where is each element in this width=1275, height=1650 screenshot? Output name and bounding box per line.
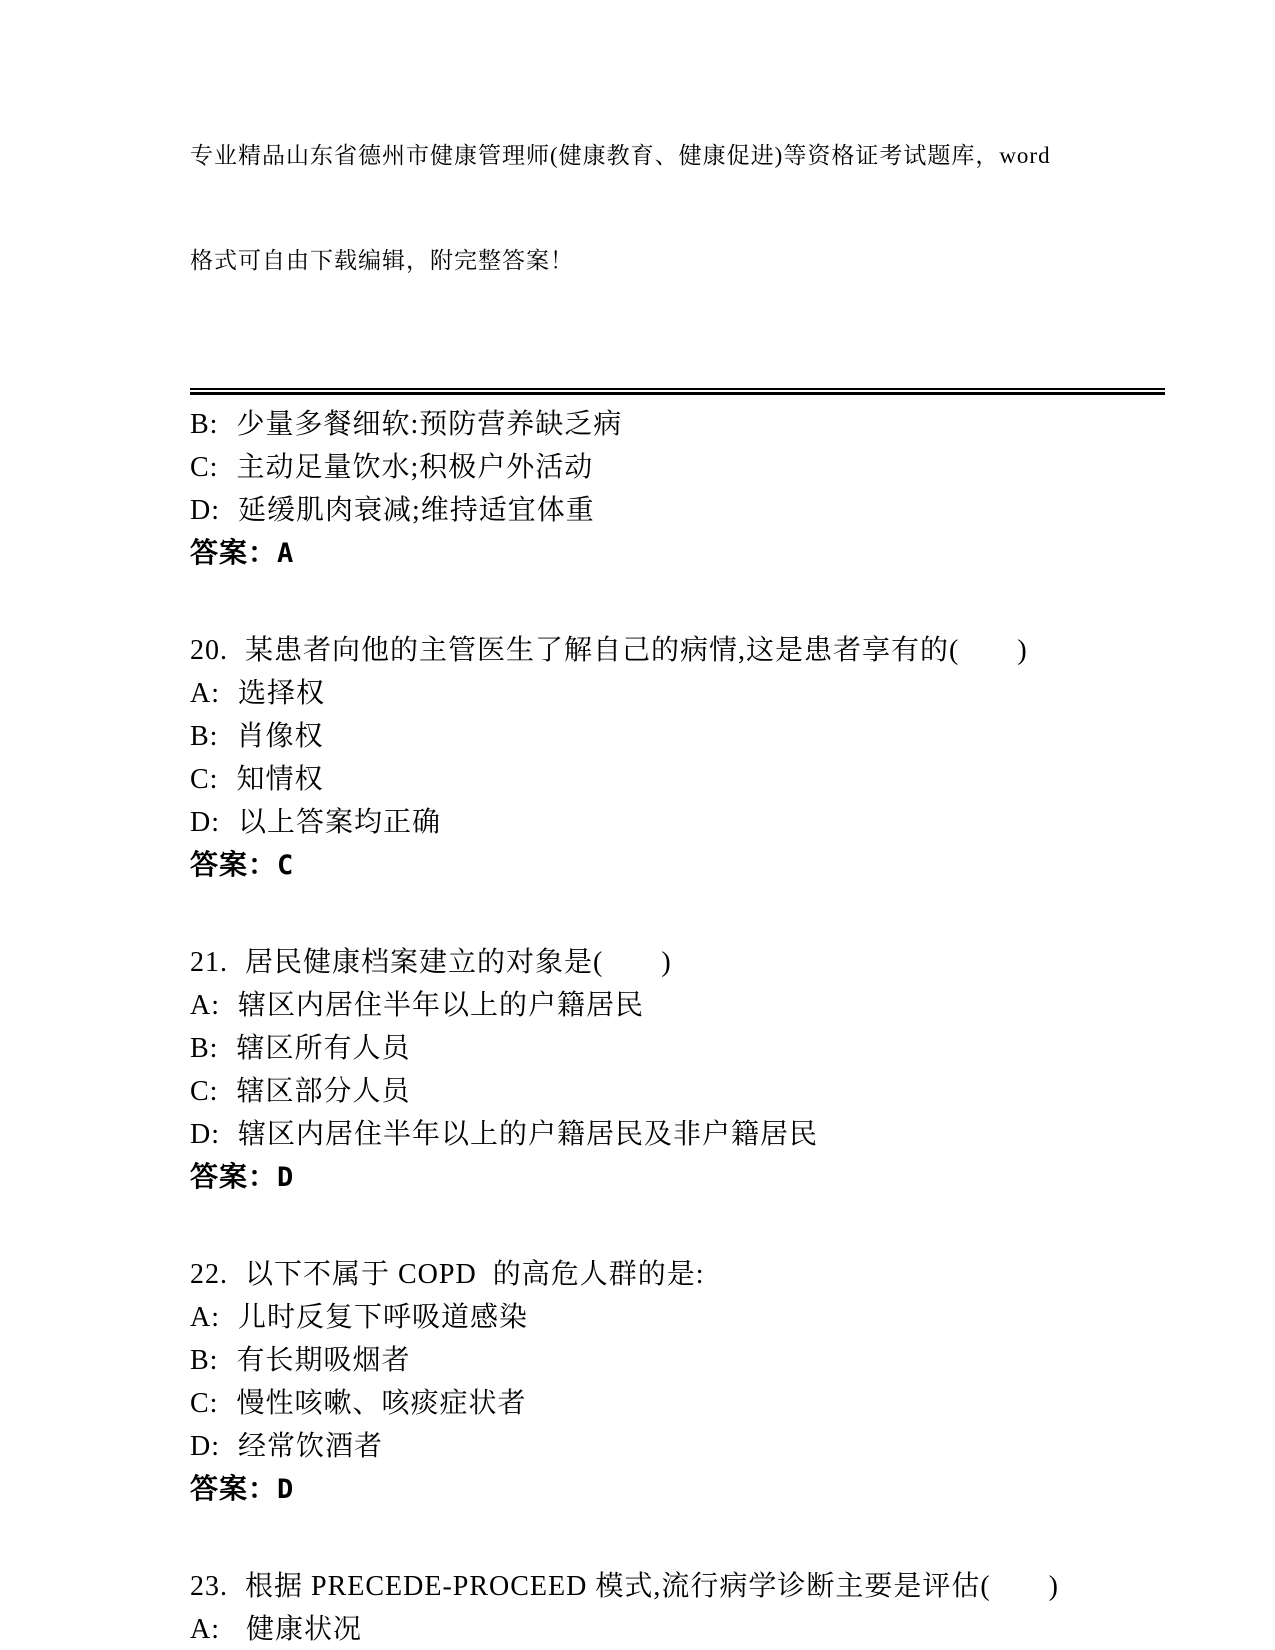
answer-row: 答案：C: [190, 844, 1165, 887]
option-label: A:: [190, 984, 220, 1027]
header-line-1: 专业精品山东省德州市健康管理师(健康教育、健康促进)等资格证考试题库，word: [190, 138, 1165, 173]
option-row: C:知情权: [190, 758, 1165, 801]
divider-thick-line: [190, 392, 1165, 395]
option-label: D:: [190, 801, 220, 844]
answer-prefix: 答案：: [190, 850, 277, 881]
option-row: C:慢性咳嗽、咳痰症状者: [190, 1382, 1165, 1425]
option-row: B:肖像权: [190, 715, 1165, 758]
question-block-23-partial: 23.根据 PRECEDE-PROCEED 模式,流行病学诊断主要是评估( ) …: [190, 1565, 1165, 1650]
option-text: 慢性咳嗽、咳痰症状者: [236, 1388, 526, 1419]
option-row: D:延缓肌肉衰减;维持适宜体重: [190, 489, 1165, 532]
option-label: A:: [190, 1608, 220, 1650]
option-text: 延缓肌肉衰减;维持适宜体重: [238, 495, 595, 526]
document-header: 专业精品山东省德州市健康管理师(健康教育、健康促进)等资格证考试题库，word …: [190, 68, 1165, 348]
option-label: C:: [190, 1070, 218, 1113]
option-text: 经常饮酒者: [238, 1431, 383, 1462]
question-stem: 某患者向他的主管医生了解自己的病情,这是患者享有的( ): [245, 635, 1028, 666]
option-text: 肖像权: [236, 721, 323, 752]
question-stem-row: 20.某患者向他的主管医生了解自己的病情,这是患者享有的( ): [190, 629, 1165, 672]
answer-row: 答案：A: [190, 532, 1165, 575]
option-text: 辖区部分人员: [236, 1076, 410, 1107]
option-row: B:有长期吸烟者: [190, 1339, 1165, 1382]
document-body: B:少量多餐细软:预防营养缺乏病 C:主动足量饮水;积极户外活动 D:延缓肌肉衰…: [190, 403, 1165, 1650]
option-text: 辖区所有人员: [236, 1033, 410, 1064]
question-stem-row: 23.根据 PRECEDE-PROCEED 模式,流行病学诊断主要是评估( ): [190, 1565, 1165, 1608]
question-stem: 以下不属于 COPD 的高危人群的是:: [245, 1259, 704, 1290]
option-text: 少量多餐细软:预防营养缺乏病: [236, 409, 622, 440]
option-row: A:儿时反复下呼吸道感染: [190, 1296, 1165, 1339]
answer-prefix: 答案：: [190, 1162, 277, 1193]
option-label: B:: [190, 403, 218, 446]
question-block-19-partial: B:少量多餐细软:预防营养缺乏病 C:主动足量饮水;积极户外活动 D:延缓肌肉衰…: [190, 403, 1165, 575]
question-number: 21.: [190, 941, 228, 984]
option-text: 健康状况: [238, 1614, 362, 1645]
option-text: 有长期吸烟者: [236, 1345, 410, 1376]
option-text: 儿时反复下呼吸道感染: [238, 1302, 528, 1333]
option-row: A:辖区内居住半年以上的户籍居民: [190, 984, 1165, 1027]
question-number: 23.: [190, 1565, 228, 1608]
option-row: A: 健康状况: [190, 1608, 1165, 1650]
answer-value: C: [277, 850, 294, 881]
option-text: 主动足量饮水;积极户外活动: [236, 452, 593, 483]
option-label: B:: [190, 715, 218, 758]
option-row: C:主动足量饮水;积极户外活动: [190, 446, 1165, 489]
option-label: C:: [190, 446, 218, 489]
answer-value: D: [277, 1162, 294, 1193]
option-row: D:辖区内居住半年以上的户籍居民及非户籍居民: [190, 1113, 1165, 1156]
question-number: 20.: [190, 629, 228, 672]
option-row: C:辖区部分人员: [190, 1070, 1165, 1113]
answer-row: 答案：D: [190, 1156, 1165, 1199]
answer-value: A: [277, 538, 294, 569]
answer-prefix: 答案：: [190, 1474, 277, 1505]
option-row: B:辖区所有人员: [190, 1027, 1165, 1070]
answer-row: 答案：D: [190, 1468, 1165, 1511]
option-row: D:以上答案均正确: [190, 801, 1165, 844]
option-row: D:经常饮酒者: [190, 1425, 1165, 1468]
option-label: D:: [190, 1425, 220, 1468]
question-stem-row: 22.以下不属于 COPD 的高危人群的是:: [190, 1253, 1165, 1296]
option-label: B:: [190, 1339, 218, 1382]
option-label: C:: [190, 1382, 218, 1425]
option-text: 知情权: [236, 764, 323, 795]
question-stem: 根据 PRECEDE-PROCEED 模式,流行病学诊断主要是评估( ): [245, 1571, 1059, 1602]
header-line-2: 格式可自由下载编辑，附完整答案！: [190, 243, 1165, 278]
answer-value: D: [277, 1474, 294, 1505]
option-label: D:: [190, 1113, 220, 1156]
option-label: A:: [190, 1296, 220, 1339]
question-number: 22.: [190, 1253, 228, 1296]
answer-prefix: 答案：: [190, 538, 277, 569]
question-block-22: 22.以下不属于 COPD 的高危人群的是: A:儿时反复下呼吸道感染 B:有长…: [190, 1253, 1165, 1511]
question-stem-row: 21.居民健康档案建立的对象是( ): [190, 941, 1165, 984]
header-divider: [190, 388, 1165, 395]
option-row: B:少量多餐细软:预防营养缺乏病: [190, 403, 1165, 446]
option-text: 辖区内居住半年以上的户籍居民及非户籍居民: [238, 1119, 818, 1150]
option-text: 选择权: [238, 678, 325, 709]
option-label: A:: [190, 672, 220, 715]
question-stem: 居民健康档案建立的对象是( ): [245, 947, 672, 978]
option-row: A:选择权: [190, 672, 1165, 715]
question-block-21: 21.居民健康档案建立的对象是( ) A:辖区内居住半年以上的户籍居民 B:辖区…: [190, 941, 1165, 1199]
document-page: 专业精品山东省德州市健康管理师(健康教育、健康促进)等资格证考试题库，word …: [0, 0, 1275, 1650]
option-label: C:: [190, 758, 218, 801]
option-text: 以上答案均正确: [238, 807, 441, 838]
option-label: B:: [190, 1027, 218, 1070]
question-block-20: 20.某患者向他的主管医生了解自己的病情,这是患者享有的( ) A:选择权 B:…: [190, 629, 1165, 887]
option-label: D:: [190, 489, 220, 532]
option-text: 辖区内居住半年以上的户籍居民: [238, 990, 644, 1021]
